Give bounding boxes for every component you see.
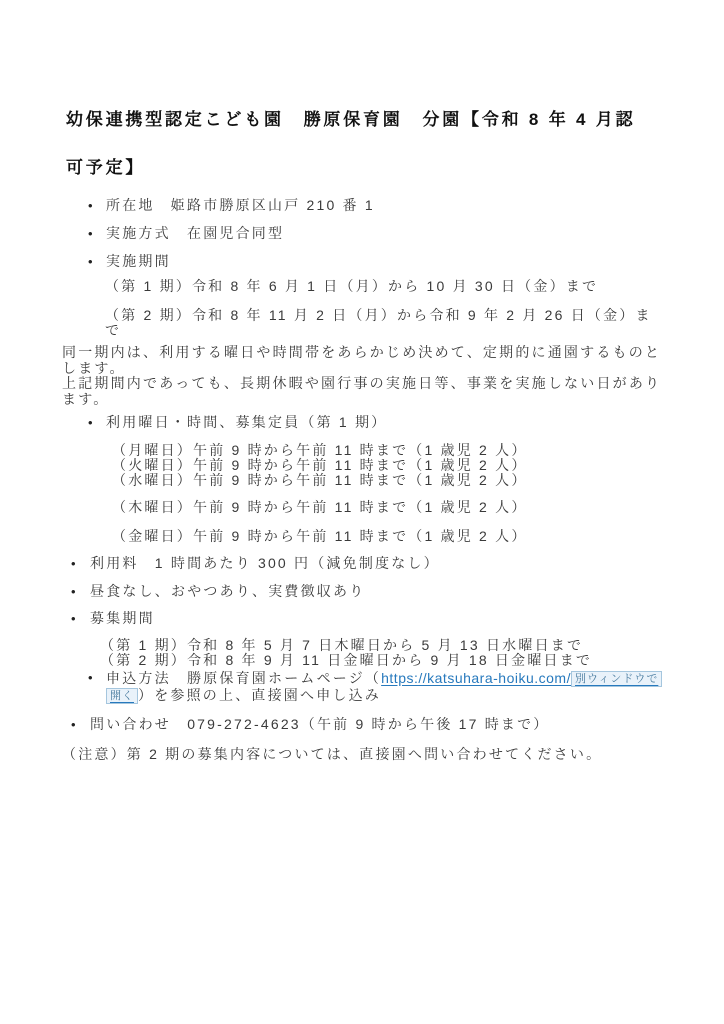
page-title: 幼保連携型認定こども園 勝原保育園 分園【令和 8 年 4 月認可予定】 xyxy=(66,96,644,192)
schedule-monday: （月曜日）午前 9 時から午前 11 時まで（1 歳児 2 人） xyxy=(62,443,662,458)
list-item-meals: 昼食なし、おやつあり、実費徴収あり xyxy=(62,584,662,599)
list-item-schedule-heading: 利用曜日・時間、募集定員（第 1 期） xyxy=(62,415,662,430)
list-item-contact: 問い合わせ 079-272-4623（午前 9 時から午後 17 時まで） xyxy=(62,717,662,732)
list-item-method: 実施方式 在園児合同型 xyxy=(62,226,662,241)
note-line: （注意）第 2 期の募集内容については、直接園へ問い合わせてください。 xyxy=(62,747,662,762)
schedule-thursday: （木曜日）午前 9 時から午前 11 時まで（1 歳児 2 人） xyxy=(62,500,662,515)
document-content: 幼保連携型認定こども園 勝原保育園 分園【令和 8 年 4 月認可予定】 所在地… xyxy=(62,0,662,762)
schedule-tuesday: （火曜日）午前 9 時から午前 11 時まで（1 歳児 2 人） xyxy=(62,458,662,473)
list-item-application: 申込方法 勝原保育園ホームページ（https://katsuhara-hoiku… xyxy=(62,670,662,704)
application-text-suffix: ）を参照の上、直接園へ申し込み xyxy=(138,687,381,703)
application-text-prefix: 申込方法 勝原保育園ホームページ（ xyxy=(106,670,381,686)
list-item-period-heading: 実施期間 xyxy=(62,254,662,269)
list-item-recruitment-heading: 募集期間 xyxy=(62,611,662,626)
list-item-location: 所在地 姫路市勝原区山戸 210 番 1 xyxy=(62,198,662,213)
schedule-wednesday: （水曜日）午前 9 時から午前 11 時まで（1 歳児 2 人） xyxy=(62,473,662,488)
implementation-period-2: （第 2 期）令和 8 年 11 月 2 日（月）から令和 9 年 2 月 26… xyxy=(62,308,662,338)
schedule-friday: （金曜日）午前 9 時から午前 11 時まで（1 歳児 2 人） xyxy=(62,529,662,544)
list-item-fee: 利用料 1 時間あたり 300 円（減免制度なし） xyxy=(62,556,662,571)
recruitment-period-1: （第 1 期）令和 8 年 5 月 7 日木曜日から 5 月 13 日水曜日まで xyxy=(62,638,662,653)
policy-sentence-1: 同一期内は、利用する曜日や時間帯をあらかじめ決めて、定期的に通園するものとします… xyxy=(62,345,662,376)
policy-paragraph: 同一期内は、利用する曜日や時間帯をあらかじめ決めて、定期的に通園するものとします… xyxy=(62,345,662,407)
implementation-period-1: （第 1 期）令和 8 年 6 月 1 日（月）から 10 月 30 日（金）ま… xyxy=(62,279,662,294)
recruitment-period-2: （第 2 期）令和 8 年 9 月 11 日金曜日から 9 月 18 日金曜日ま… xyxy=(62,653,662,668)
document-page: 幼保連携型認定こども園 勝原保育園 分園【令和 8 年 4 月認可予定】 所在地… xyxy=(0,0,724,1024)
policy-sentence-2: 上記期間内であっても、長期休暇や園行事の実施日等、事業を実施しない日があります。 xyxy=(62,376,662,407)
homepage-link-text[interactable]: https://katsuhara-hoiku.com/ xyxy=(381,670,571,686)
